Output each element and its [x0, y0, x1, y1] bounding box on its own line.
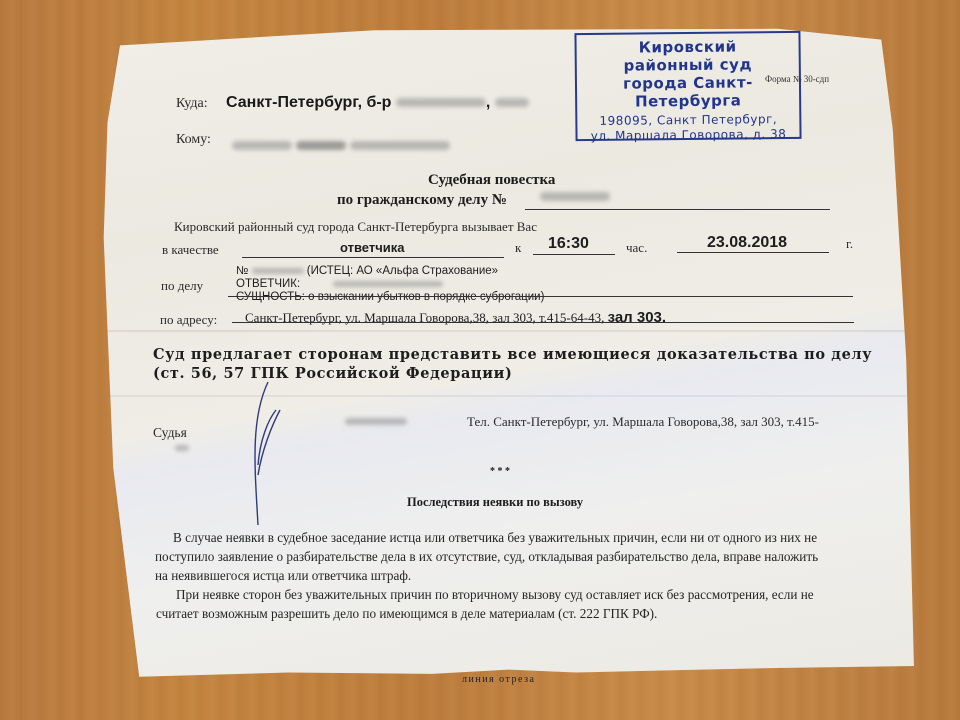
case-line-3: СУЩНОСТЬ: о взыскании убытков в порядке …: [236, 291, 544, 303]
to-address-text: Санкт-Петербург, б-р: [226, 94, 391, 111]
paper-fold-line: [100, 395, 920, 397]
consequences-para-1-line-1: В случае неявки в судебное заседание ист…: [173, 528, 817, 547]
consequences-para-1-line-2: поступило заявление о разбирательстве де…: [155, 547, 818, 566]
address-label: по адресу:: [160, 312, 217, 328]
stamp-line: районный суд: [577, 55, 799, 75]
evidence-notice-line-1: Суд предлагает сторонам представить все …: [153, 346, 872, 363]
consequences-heading: Последствия неявки по вызову: [407, 495, 583, 510]
recipient-name: [232, 136, 450, 154]
summons-title: Судебная повестка: [428, 172, 555, 189]
defendant-label: ОТВЕТЧИК:: [236, 278, 300, 290]
redacted-name: [296, 141, 346, 150]
paper-fold-line: [100, 330, 920, 332]
court-stamp: Кировский районный суд города Санкт-Пете…: [574, 31, 801, 141]
at-label: к: [515, 240, 521, 256]
summons-intro: Кировский районный суд города Санкт-Пете…: [174, 219, 537, 235]
hours-label: час.: [626, 240, 647, 256]
judge-label: Судья: [153, 425, 187, 441]
date-value: 23.08.2018: [707, 234, 787, 252]
redacted-case-id: [252, 268, 304, 274]
redacted-house: [495, 98, 529, 107]
case-line-1: № (ИСТЕЦ: АО «Альфа Страхование»: [236, 265, 498, 277]
redacted-name: [232, 141, 292, 150]
capacity-underline: [242, 257, 504, 258]
plaintiff-text: (ИСТЕЦ: АО «Альфа Страхование»: [307, 265, 498, 277]
form-number: Форма № 30-сдп: [765, 74, 829, 84]
case-label: по делу: [161, 278, 203, 294]
time-value: 16:30: [548, 235, 589, 253]
consequences-para-1-line-3: на неявившегося истца или ответчика штра…: [155, 566, 411, 585]
to-label: Куда:: [176, 96, 208, 112]
address-underline: [232, 322, 854, 323]
evidence-notice-line-2: (ст. 56, 57 ГПК Российской Федерации): [153, 365, 512, 382]
redacted-defendant: [333, 281, 443, 287]
case-number-prefix: №: [236, 265, 248, 277]
signature-icon: [240, 380, 300, 530]
separator: * * *: [490, 466, 510, 477]
stamp-line: Кировский: [577, 37, 799, 57]
stamp-line: ул. Маршала Говорова, д. 38: [577, 127, 799, 144]
recipient-label: Кому:: [176, 132, 211, 148]
case-underline: [228, 296, 853, 297]
cut-line-label: линия отреза: [462, 674, 535, 685]
redacted-name: [350, 141, 450, 150]
time-underline: [533, 254, 615, 255]
consequences-para-2-line-2: считает возможным разрешить дело по имею…: [156, 604, 657, 623]
judge-contact: Тел. Санкт-Петербург, ул. Маршала Говоро…: [467, 414, 819, 430]
case-title: по гражданскому делу №: [337, 192, 507, 209]
consequences-para-2-line-1: При неявке сторон без уважительных причи…: [176, 585, 814, 604]
capacity-label: в качестве: [162, 242, 219, 258]
capacity-value: ответчика: [340, 240, 405, 255]
hearing-room: зал 303.: [608, 309, 667, 326]
redacted-judge-initial: [175, 445, 189, 451]
case-line-2: ОТВЕТЧИК:: [236, 278, 443, 290]
redacted-street: [396, 98, 486, 107]
date-underline: [677, 252, 829, 253]
to-address: Санкт-Петербург, б-р ,: [226, 94, 529, 112]
redacted-case-number: [540, 192, 610, 201]
redacted-judge-name: [345, 418, 407, 425]
year-suffix: г.: [846, 236, 853, 252]
hearing-address: Санкт-Петербург, ул. Маршала Говорова,38…: [245, 309, 666, 326]
case-number-underline: [525, 209, 830, 210]
